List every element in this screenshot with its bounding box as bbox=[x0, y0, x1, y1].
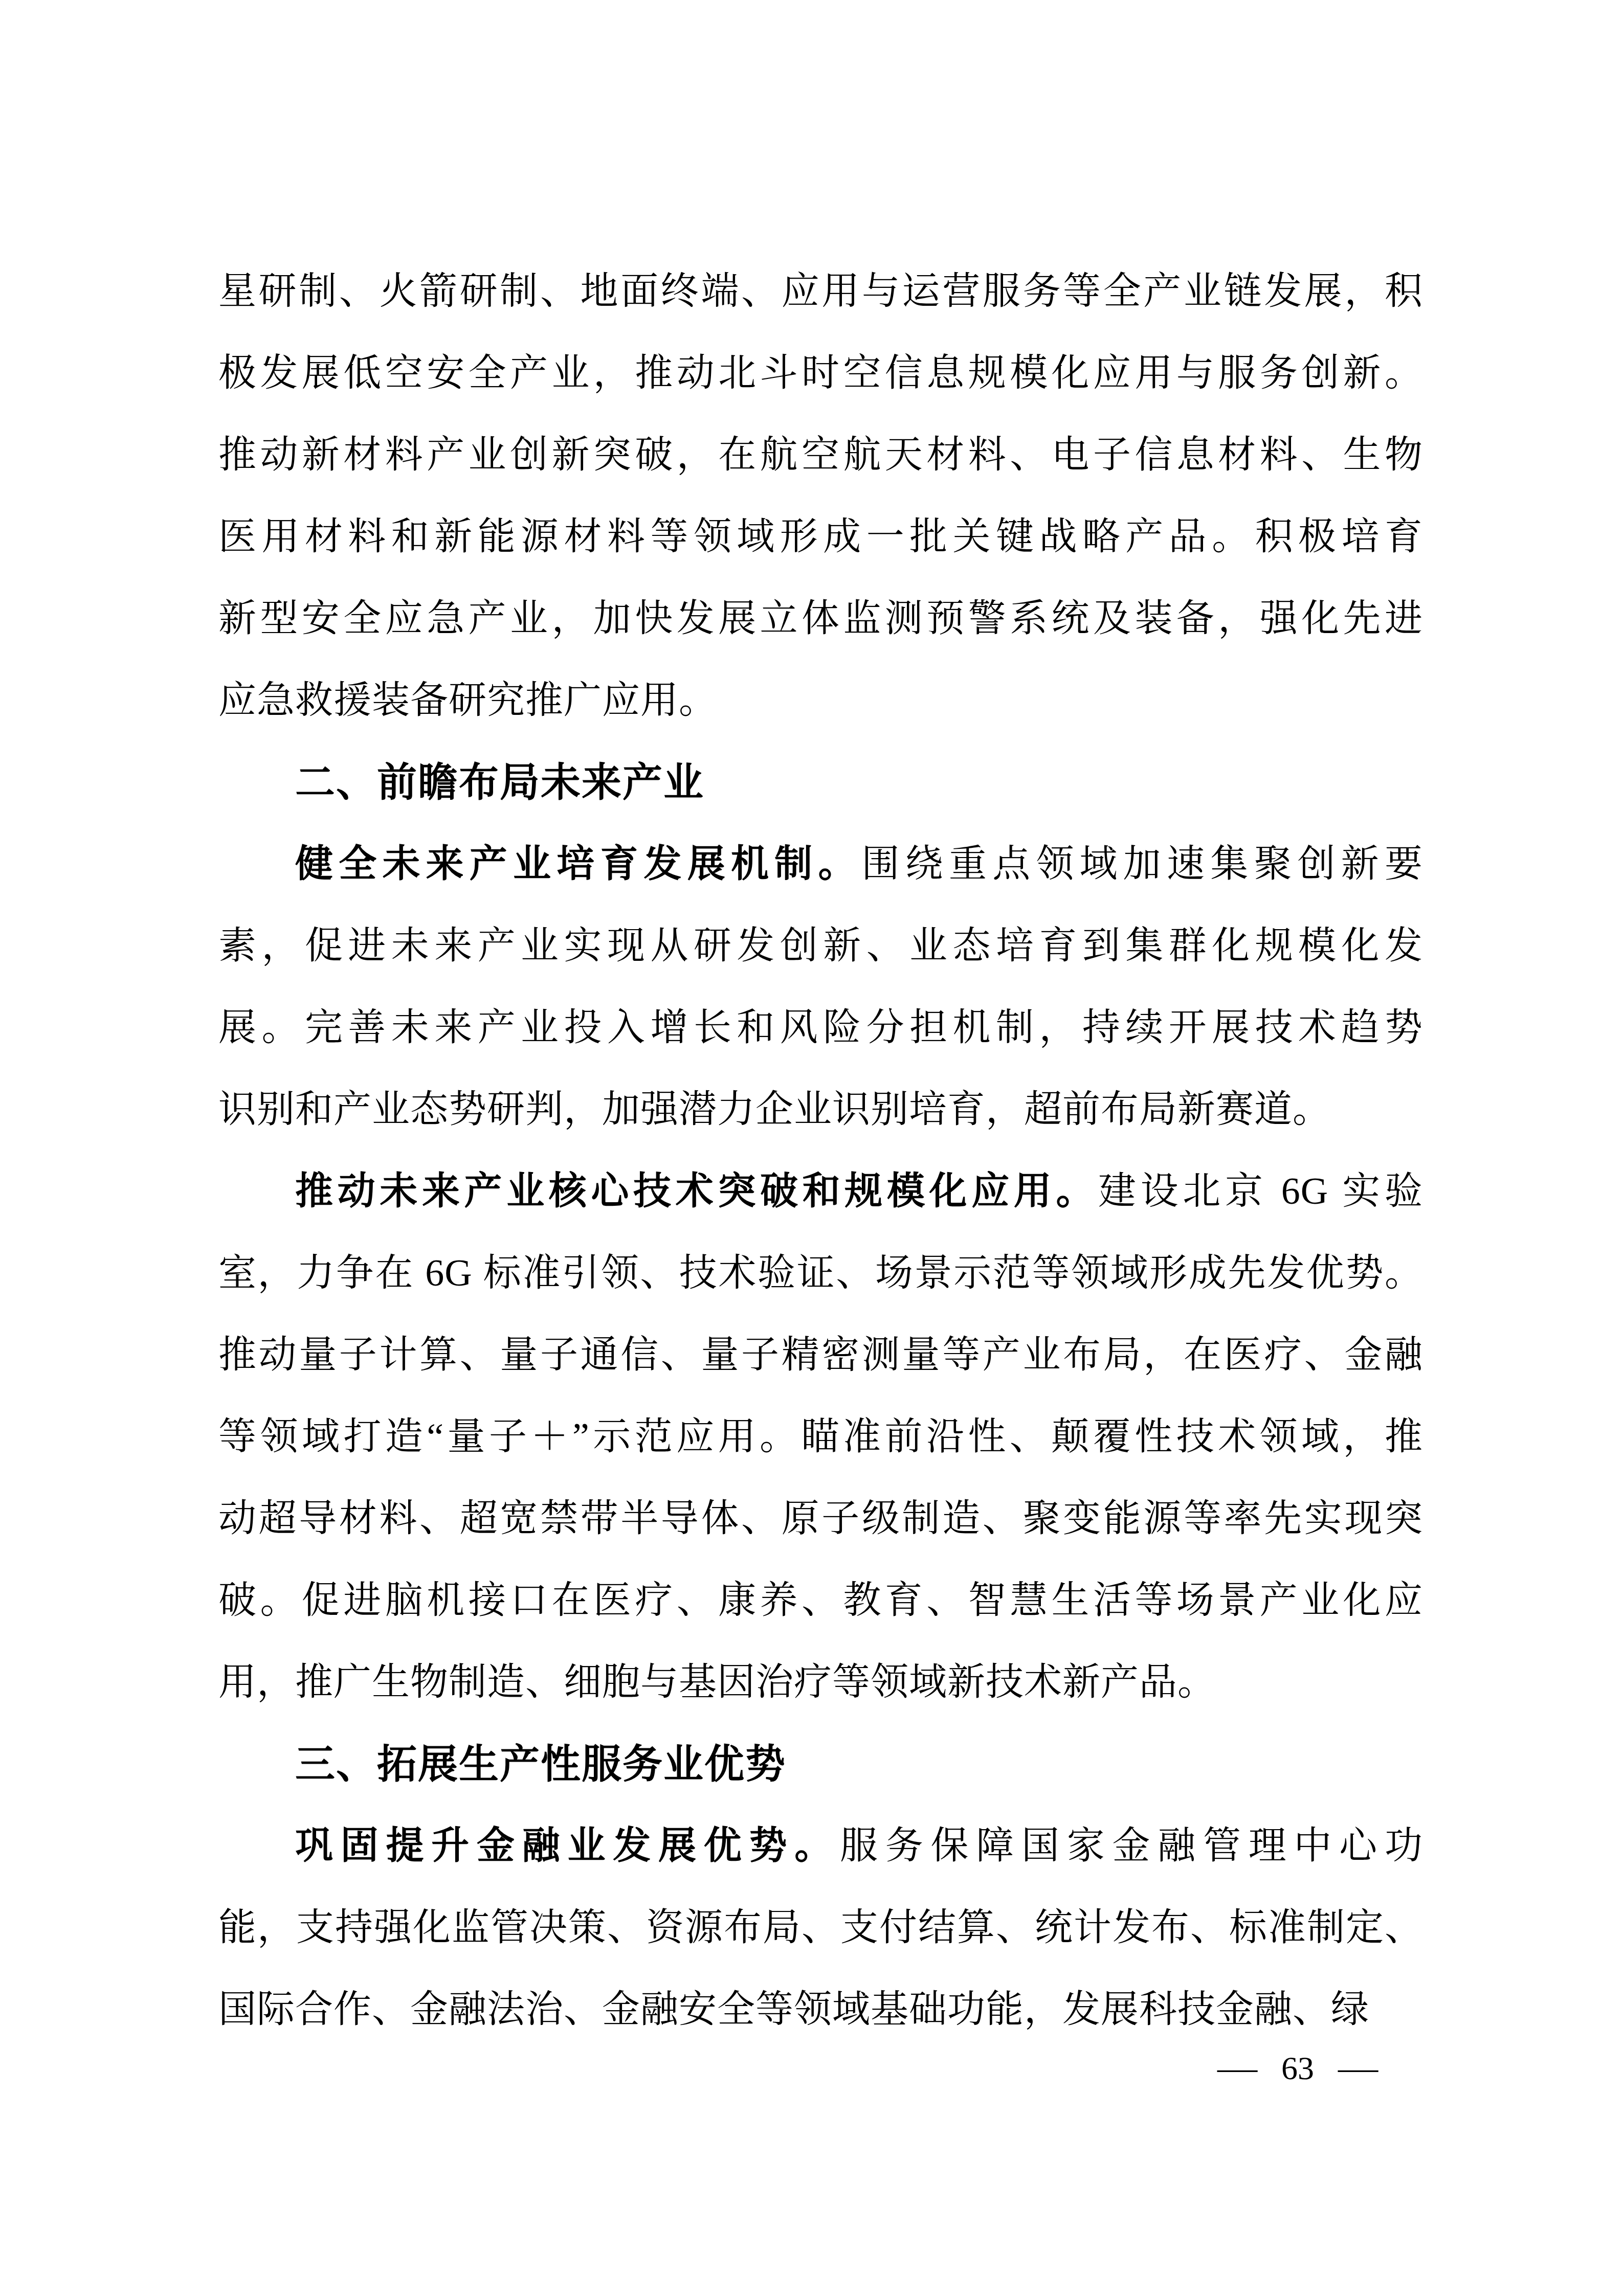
paragraph: 健全未来产业培育发展机制。围绕重点领域加速集聚创新要素，促进未来产业实现从研发创… bbox=[218, 823, 1423, 1151]
text-line: 国际合作、金融法治、金融安全等领域基础功能，发展科技金融、绿 bbox=[218, 1969, 1423, 2051]
paragraph-lead: 巩固提升金融业发展优势。 bbox=[295, 1825, 840, 1867]
text-line: 医用材料和新能源材料等领域形成一批关键战略产品。积极培育 bbox=[218, 496, 1423, 578]
page-number: 63 bbox=[1281, 2046, 1314, 2090]
text-line: 极发展低空安全产业，推动北斗时空信息规模化应用与服务创新。 bbox=[218, 332, 1423, 414]
paragraph-lead: 推动未来产业核心技术突破和规模化应用。 bbox=[295, 1170, 1098, 1212]
text-line: 应急救援装备研究推广应用。 bbox=[218, 660, 1423, 741]
text-line: 室，力争在 6G 标准引领、技术验证、场景示范等领域形成先发优势。 bbox=[218, 1232, 1423, 1314]
text-line: 新型安全应急产业，加快发展立体监测预警系统及装备，强化先进 bbox=[218, 578, 1423, 660]
text-line: 破。促进脑机接口在医疗、康养、教育、智慧生活等场景产业化应 bbox=[218, 1560, 1423, 1641]
footer-dash-right: — bbox=[1338, 2045, 1378, 2089]
paragraph: 推动未来产业核心技术突破和规模化应用。建设北京 6G 实验室，力争在 6G 标准… bbox=[218, 1151, 1423, 1723]
footer-dash-left: — bbox=[1217, 2045, 1257, 2089]
section-heading: 二、前瞻布局未来产业 bbox=[218, 741, 1423, 823]
text-line: 动超导材料、超宽禁带半导体、原子级制造、聚变能源等率先实现突 bbox=[218, 1478, 1423, 1560]
text-line: 识别和产业态势研判，加强潜力企业识别培育，超前布局新赛道。 bbox=[218, 1069, 1423, 1151]
text-line: 巩固提升金融业发展优势。服务保障国家金融管理中心功 bbox=[218, 1805, 1423, 1887]
document-page: 星研制、火箭研制、地面终端、应用与运营服务等全产业链发展，积极发展低空安全产业，… bbox=[0, 0, 1624, 2296]
paragraph: 巩固提升金融业发展优势。服务保障国家金融管理中心功能，支持强化监管决策、资源布局… bbox=[218, 1805, 1423, 2051]
text-line: 素，促进未来产业实现从研发创新、业态培育到集群化规模化发 bbox=[218, 905, 1423, 987]
text-line: 推动量子计算、量子通信、量子精密测量等产业布局，在医疗、金融 bbox=[218, 1314, 1423, 1396]
text-line: 推动未来产业核心技术突破和规模化应用。建设北京 6G 实验 bbox=[218, 1151, 1423, 1232]
section-heading: 三、拓展生产性服务业优势 bbox=[218, 1723, 1423, 1805]
text-line: 用，推广生物制造、细胞与基因治疗等领域新技术新产品。 bbox=[218, 1641, 1423, 1723]
paragraph: 星研制、火箭研制、地面终端、应用与运营服务等全产业链发展，积极发展低空安全产业，… bbox=[218, 251, 1423, 741]
text-line: 能，支持强化监管决策、资源布局、支付结算、统计发布、标准制定、 bbox=[218, 1887, 1423, 1969]
page-number-footer: —63— bbox=[1220, 2045, 1375, 2090]
document-content: 星研制、火箭研制、地面终端、应用与运营服务等全产业链发展，积极发展低空安全产业，… bbox=[218, 251, 1423, 2051]
text-line: 推动新材料产业创新突破，在航空航天材料、电子信息材料、生物 bbox=[218, 414, 1423, 496]
text-line: 星研制、火箭研制、地面终端、应用与运营服务等全产业链发展，积 bbox=[218, 251, 1423, 332]
text-line: 展。完善未来产业投入增长和风险分担机制，持续开展技术趋势 bbox=[218, 987, 1423, 1069]
paragraph-lead: 健全未来产业培育发展机制。 bbox=[295, 843, 862, 885]
text-line: 健全未来产业培育发展机制。围绕重点领域加速集聚创新要 bbox=[218, 823, 1423, 905]
text-line: 等领域打造“量子＋”示范应用。瞄准前沿性、颠覆性技术领域，推 bbox=[218, 1396, 1423, 1478]
